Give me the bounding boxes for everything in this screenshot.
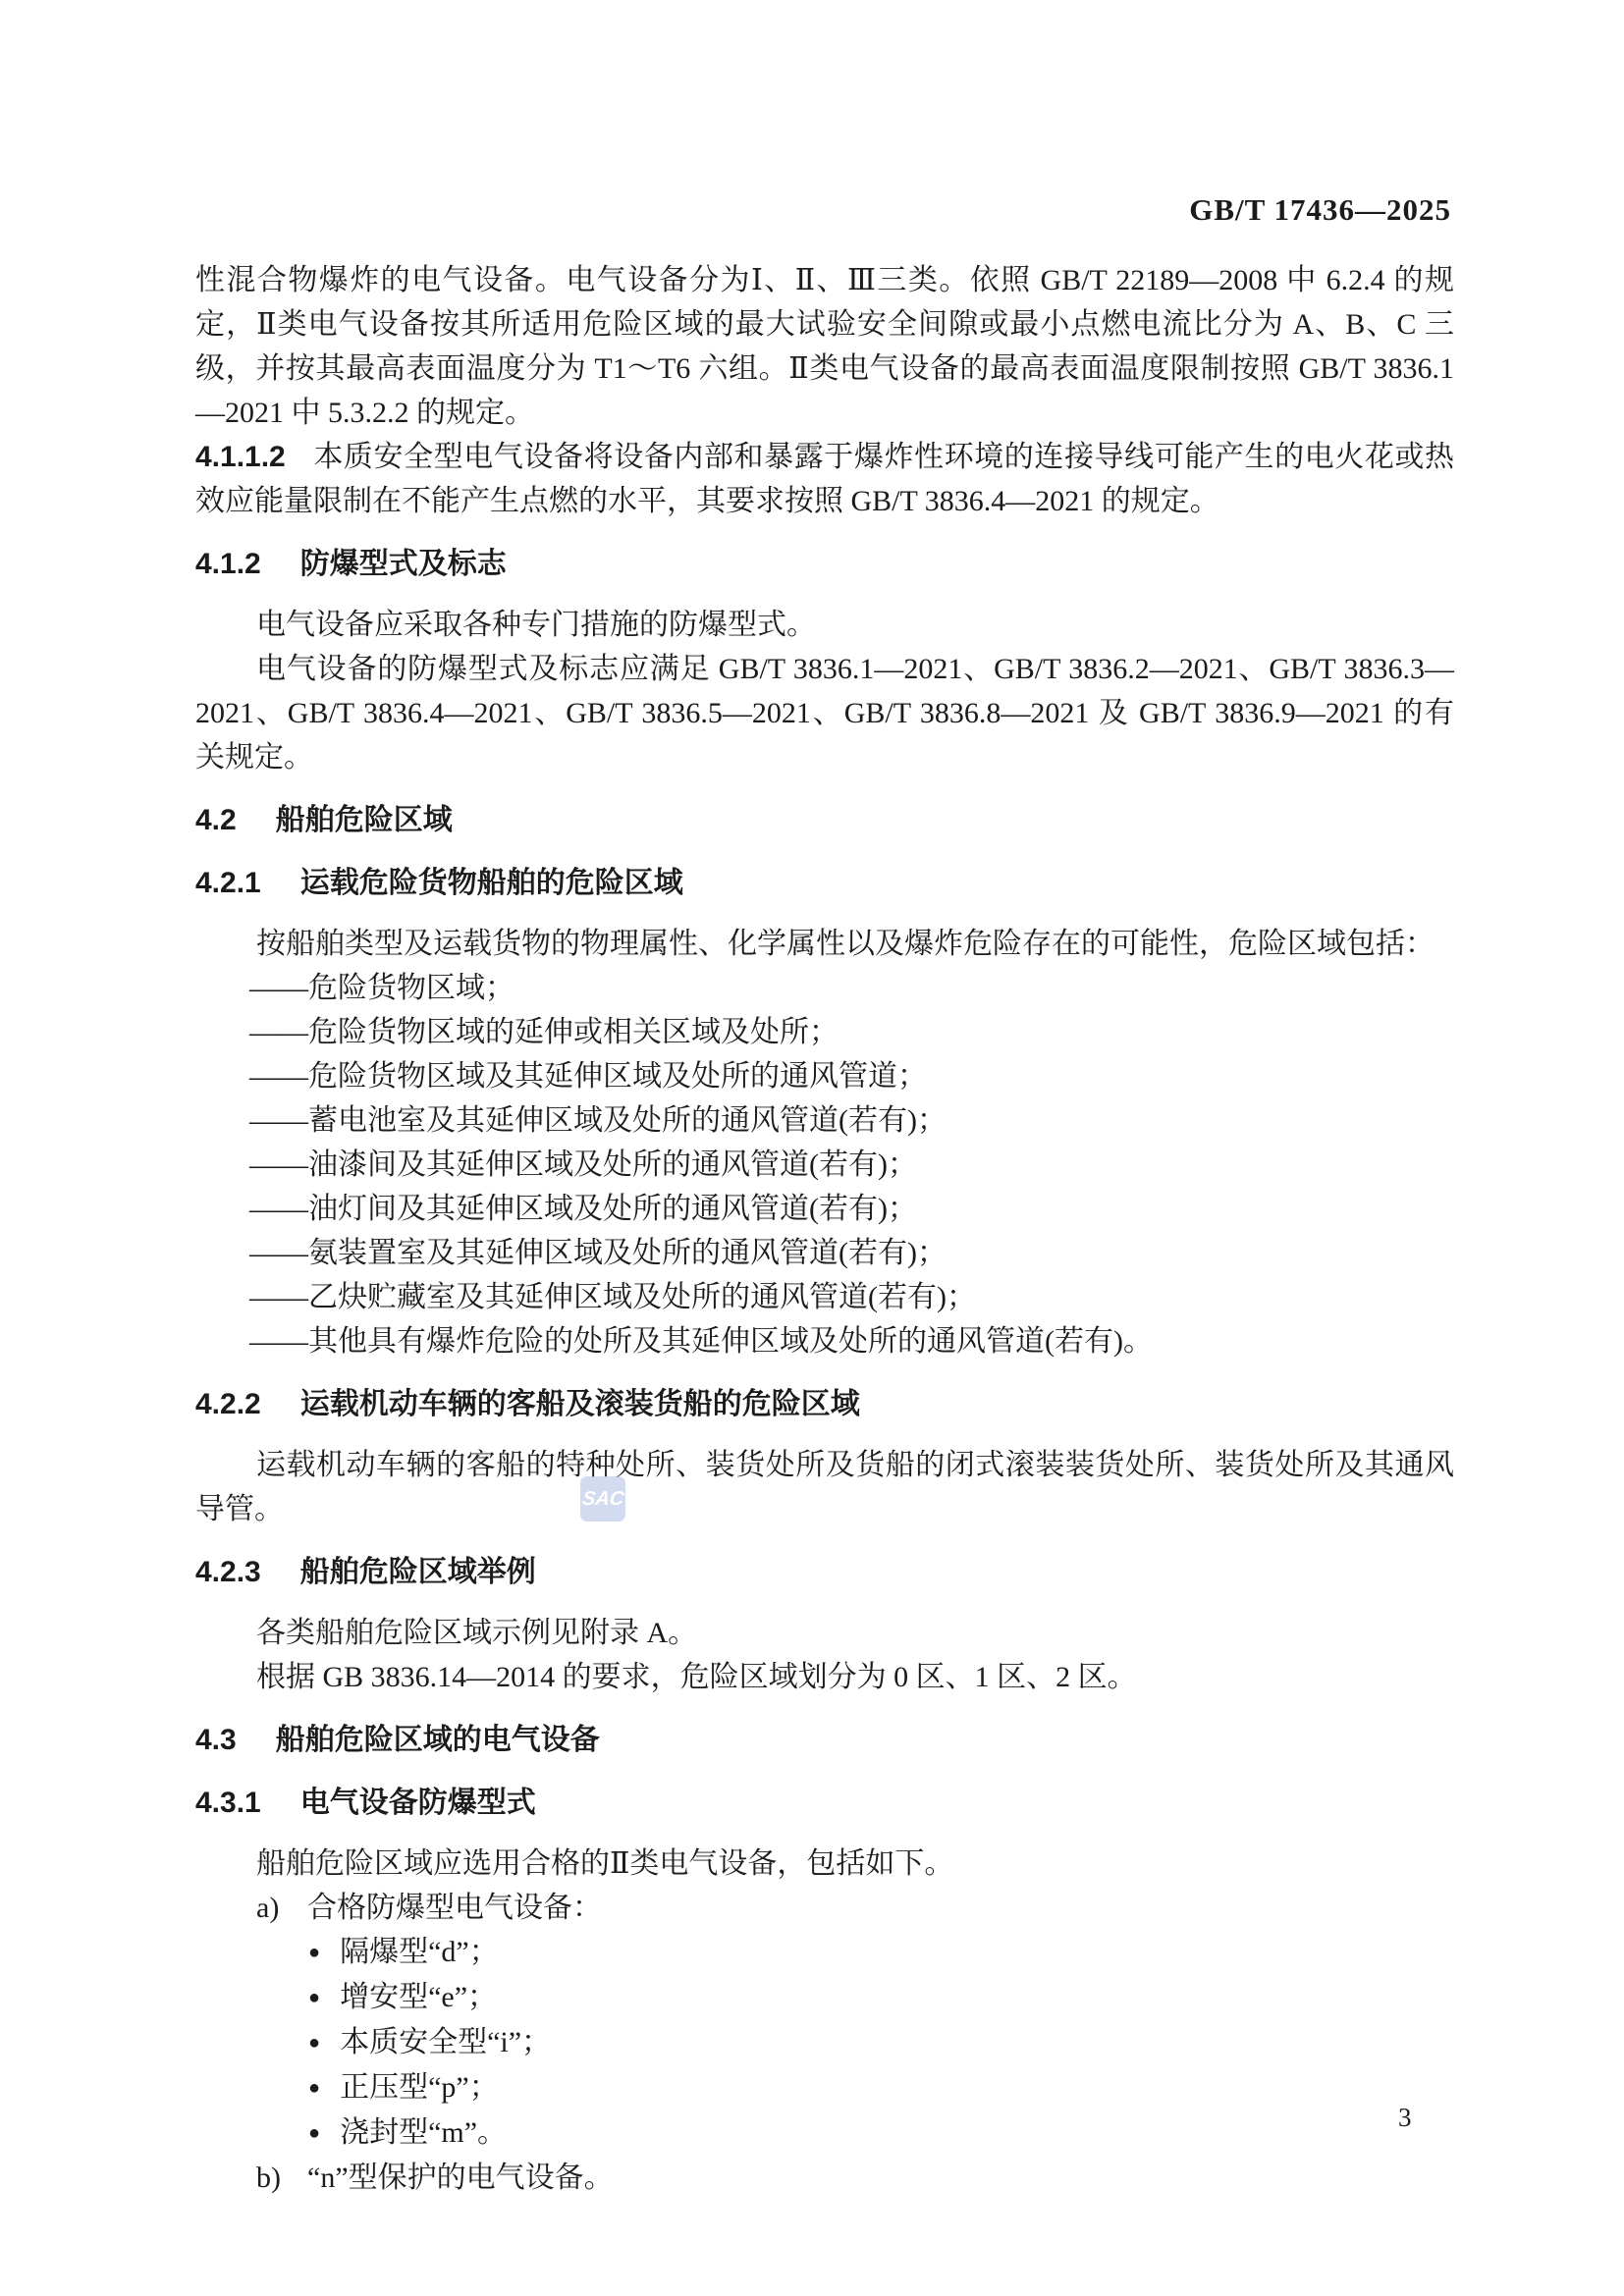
body-paragraph: 根据 GB 3836.14—2014 的要求，危险区域划分为 0 区、1 区、2…: [195, 1655, 1454, 1699]
document-body: 性混合物爆炸的电气设备。电气设备分为Ⅰ、Ⅱ、Ⅲ三类。依照 GB/T 22189—…: [195, 258, 1454, 2200]
list-item-text: 合格防爆型电气设备：: [307, 1892, 602, 1924]
alpha-list-item: b)“n”型保护的电气设备。: [195, 2156, 1454, 2200]
alpha-list-marker: b): [256, 2156, 307, 2200]
dash-list-item: ——蓄电池室及其延伸区域及处所的通风管道(若有)；: [195, 1098, 1454, 1143]
clause-heading: 4.2.1运载危险货物船舶的危险区域: [195, 861, 1454, 905]
clause-title: 电气设备防爆型式: [300, 1787, 536, 1819]
list-item-text: 油灯间及其延伸区域及处所的通风管道(若有)；: [308, 1193, 917, 1225]
dash-icon: ——: [249, 972, 308, 1004]
dash-list-item: ——危险货物区域的延伸或相关区域及处所；: [195, 1010, 1454, 1054]
bullet-list-item: ●隔爆型“d”；: [195, 1930, 1454, 1975]
clause-number: 4.1.2: [195, 548, 261, 580]
paragraph-text: 船舶危险区域应选用合格的Ⅱ类电气设备，包括如下。: [256, 1847, 953, 1880]
bullet-list-item: ●本质安全型“i”；: [195, 2020, 1454, 2065]
clause-number: 4.2.2: [195, 1388, 261, 1420]
bullet-list-item: ●浇封型“m”。: [195, 2110, 1454, 2156]
dash-list-item: ——其他具有爆炸危险的处所及其延伸区域及处所的通风管道(若有)。: [195, 1319, 1454, 1363]
body-paragraph: 船舶危险区域应选用合格的Ⅱ类电气设备，包括如下。: [195, 1842, 1454, 1886]
paragraph-text: 各类船舶危险区域示例见附录 A。: [256, 1617, 697, 1649]
clause-number: 4.3.1: [195, 1787, 261, 1819]
bullet-list-item: ●正压型“p”；: [195, 2065, 1454, 2110]
clause-heading: 4.3.1电气设备防爆型式: [195, 1781, 1454, 1825]
clause-heading: 4.2船舶危险区域: [195, 798, 1454, 842]
list-item-text: 危险货物区域及其延伸区域及处所的通风管道；: [308, 1060, 927, 1093]
body-paragraph: 运载机动车辆的客船的特种处所、装货处所及货船的闭式滚装装货处所、装货处所及其通风…: [195, 1443, 1454, 1531]
page-number: 3: [1398, 2103, 1412, 2132]
paragraph-text: 按船舶类型及运载货物的物理属性、化学属性以及爆炸危险存在的可能性，危险区域包括：: [256, 928, 1435, 960]
list-item-text: 其他具有爆炸危险的处所及其延伸区域及处所的通风管道(若有)。: [308, 1325, 1153, 1358]
bullet-icon: ●: [308, 1942, 320, 1963]
clause-number: 4.1.1.2: [195, 441, 286, 473]
bullet-icon: ●: [308, 1987, 320, 2008]
clause-number: 4.2: [195, 804, 237, 836]
list-item-text: 隔爆型“d”；: [340, 1936, 499, 1968]
dash-list-item: ——危险货物区域；: [195, 966, 1454, 1010]
body-paragraph: 按船舶类型及运载货物的物理属性、化学属性以及爆炸危险存在的可能性，危险区域包括：: [195, 922, 1454, 966]
dash-icon: ——: [249, 1325, 308, 1358]
paragraph-text: 运载机动车辆的客船的特种处所、装货处所及货船的闭式滚装装货处所、装货处所及其通风…: [195, 1449, 1454, 1525]
paragraph-text: 根据 GB 3836.14—2014 的要求，危险区域划分为 0 区、1 区、2…: [256, 1661, 1137, 1693]
body-paragraph: 性混合物爆炸的电气设备。电气设备分为Ⅰ、Ⅱ、Ⅲ三类。依照 GB/T 22189—…: [195, 258, 1454, 435]
clause-title: 船舶危险区域: [276, 804, 453, 836]
standard-number-header: GB/T 17436—2025: [1189, 192, 1451, 228]
dash-icon: ——: [249, 1104, 308, 1137]
dash-icon: ——: [249, 1281, 308, 1313]
clause-heading: 4.3船舶危险区域的电气设备: [195, 1718, 1454, 1762]
dash-list-item: ——危险货物区域及其延伸区域及处所的通风管道；: [195, 1054, 1454, 1098]
list-item-text: 危险货物区域的延伸或相关区域及处所；: [308, 1016, 839, 1048]
bullet-icon: ●: [308, 2122, 320, 2144]
dash-icon: ——: [249, 1016, 308, 1048]
list-item-text: 浇封型“m”。: [340, 2116, 507, 2149]
list-item-text: 增安型“e”；: [340, 1981, 497, 2013]
list-item-text: “n”型保护的电气设备。: [307, 2162, 614, 2194]
document-page: GB/T 17436—2025 SAC 性混合物爆炸的电气设备。电气设备分为Ⅰ、…: [0, 0, 1624, 2296]
dash-list-item: ——乙炔贮藏室及其延伸区域及处所的通风管道(若有)；: [195, 1275, 1454, 1319]
body-paragraph: 各类船舶危险区域示例见附录 A。: [195, 1611, 1454, 1655]
paragraph-text: 本质安全型电气设备将设备内部和暴露于爆炸性环境的连接导线可能产生的电火花或热效应…: [195, 441, 1454, 517]
list-item-text: 氨装置室及其延伸区域及处所的通风管道(若有)；: [308, 1237, 947, 1269]
dash-icon: ——: [249, 1148, 308, 1181]
alpha-list-item: a)合格防爆型电气设备：: [195, 1886, 1454, 1930]
clause-heading: 4.2.3船舶危险区域举例: [195, 1550, 1454, 1594]
paragraph-text: 电气设备的防爆型式及标志应满足 GB/T 3836.1—2021、GB/T 38…: [195, 653, 1454, 774]
dash-list-item: ——油漆间及其延伸区域及处所的通风管道(若有)；: [195, 1143, 1454, 1187]
bullet-icon: ●: [308, 2032, 320, 2054]
clause-heading: 4.2.2运载机动车辆的客船及滚装货船的危险区域: [195, 1382, 1454, 1426]
dash-list-item: ——油灯间及其延伸区域及处所的通风管道(若有)；: [195, 1187, 1454, 1231]
clause-number: 4.2.3: [195, 1556, 261, 1588]
numbered-paragraph: 4.1.1.2本质安全型电气设备将设备内部和暴露于爆炸性环境的连接导线可能产生的…: [195, 435, 1454, 523]
body-paragraph: 电气设备的防爆型式及标志应满足 GB/T 3836.1—2021、GB/T 38…: [195, 647, 1454, 779]
list-item-text: 蓄电池室及其延伸区域及处所的通风管道(若有)；: [308, 1104, 947, 1137]
clause-title: 运载机动车辆的客船及滚装货船的危险区域: [300, 1388, 860, 1420]
clause-number: 4.2.1: [195, 867, 261, 899]
clause-title: 防爆型式及标志: [300, 548, 507, 580]
dash-list-item: ——氨装置室及其延伸区域及处所的通风管道(若有)；: [195, 1231, 1454, 1275]
bullet-list-item: ●增安型“e”；: [195, 1975, 1454, 2020]
bullet-icon: ●: [308, 2077, 320, 2099]
clause-title: 船舶危险区域举例: [300, 1556, 536, 1588]
list-item-text: 油漆间及其延伸区域及处所的通风管道(若有)；: [308, 1148, 917, 1181]
clause-title: 运载危险货物船舶的危险区域: [300, 867, 683, 899]
clause-heading: 4.1.2防爆型式及标志: [195, 542, 1454, 586]
dash-icon: ——: [249, 1237, 308, 1269]
list-item-text: 本质安全型“i”；: [340, 2026, 551, 2058]
list-item-text: 正压型“p”；: [340, 2071, 499, 2104]
paragraph-text: 电气设备应采取各种专门措施的防爆型式。: [256, 609, 816, 641]
list-item-text: 危险货物区域；: [308, 972, 514, 1004]
body-paragraph: 电气设备应采取各种专门措施的防爆型式。: [195, 603, 1454, 647]
alpha-list-marker: a): [256, 1886, 307, 1930]
dash-icon: ——: [249, 1060, 308, 1093]
clause-number: 4.3: [195, 1724, 237, 1756]
list-item-text: 乙炔贮藏室及其延伸区域及处所的通风管道(若有)；: [308, 1281, 976, 1313]
paragraph-text: 性混合物爆炸的电气设备。电气设备分为Ⅰ、Ⅱ、Ⅲ三类。依照 GB/T 22189—…: [195, 264, 1454, 429]
clause-title: 船舶危险区域的电气设备: [276, 1724, 600, 1756]
dash-icon: ——: [249, 1193, 308, 1225]
